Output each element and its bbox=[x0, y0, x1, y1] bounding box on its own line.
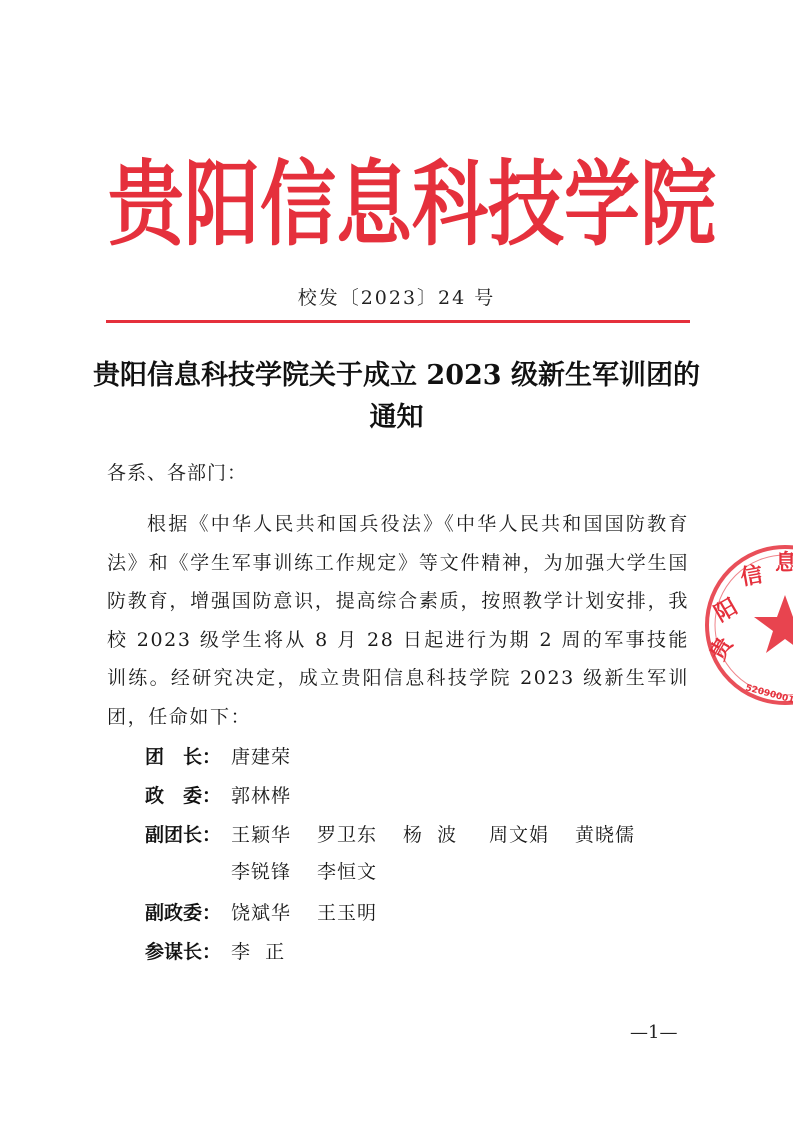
appointee-name: 李恒文 bbox=[317, 857, 381, 884]
appointment-row-deputy-commander: 副团长： 王颖华 罗卫东 杨 波 周文娟 黄晓儒 李锐锋 李恒文 bbox=[145, 820, 705, 898]
appointment-row-commander: 团 长： 唐建荣 bbox=[145, 742, 705, 781]
masthead-char: 阳 bbox=[184, 159, 260, 252]
document-title: 贵阳信息科技学院关于成立 2023 级新生军训团的 通知 bbox=[0, 355, 793, 439]
masthead-char: 息 bbox=[336, 159, 412, 252]
masthead-char: 信 bbox=[260, 159, 336, 252]
appointment-row-chief-of-staff: 参谋长： 李 正 bbox=[145, 937, 705, 976]
body-paragraph: 根据《中华人民共和国兵役法》《中华人民共和国国防教育法》和《学生军事训练工作规定… bbox=[107, 505, 689, 736]
masthead-char: 技 bbox=[488, 159, 564, 252]
document-number: 校发〔2023〕24 号 bbox=[0, 283, 793, 310]
seal-char: 贵 bbox=[705, 631, 740, 665]
role-label: 政 委： bbox=[145, 781, 231, 808]
official-seal-icon: 贵 阳 信 息 520900010 bbox=[700, 540, 793, 710]
role-names: 唐建荣 bbox=[231, 742, 671, 769]
appointment-list: 团 长： 唐建荣 政 委： 郭林桦 副团长： 王颖华 罗卫东 杨 波 周文娟 黄… bbox=[145, 742, 705, 976]
appointee-name: 唐建荣 bbox=[231, 742, 295, 769]
masthead-char: 贵 bbox=[108, 159, 184, 252]
appointee-name: 李锐锋 bbox=[231, 857, 295, 884]
masthead-char: 学 bbox=[564, 159, 640, 252]
role-label: 副政委： bbox=[145, 898, 231, 925]
role-label: 参谋长： bbox=[145, 937, 231, 964]
appointee-name: 郭林桦 bbox=[231, 781, 295, 808]
role-names: 饶斌华 王玉明 bbox=[231, 898, 671, 925]
appointee-name: 周文娟 bbox=[489, 820, 553, 847]
appointment-row-deputy-commissar: 副政委： 饶斌华 王玉明 bbox=[145, 898, 705, 937]
appointee-name: 饶斌华 bbox=[231, 898, 295, 925]
role-names: 李 正 bbox=[231, 937, 671, 964]
page-number: —1— bbox=[630, 1022, 677, 1043]
appointee-name: 黄晓儒 bbox=[575, 820, 639, 847]
seal-char: 息 bbox=[775, 550, 793, 576]
role-names: 王颖华 罗卫东 杨 波 周文娟 黄晓儒 李锐锋 李恒文 bbox=[231, 820, 671, 884]
appointee-name: 王颖华 bbox=[231, 820, 295, 847]
appointee-name: 李 正 bbox=[231, 937, 295, 964]
title-line-1: 贵阳信息科技学院关于成立 2023 级新生军训团的 bbox=[0, 355, 793, 397]
seal-char: 信 bbox=[739, 561, 765, 590]
salutation: 各系、各部门： bbox=[107, 458, 247, 485]
role-label: 团 长： bbox=[145, 742, 231, 769]
appointee-name: 王玉明 bbox=[317, 898, 381, 925]
masthead-char: 院 bbox=[640, 159, 716, 252]
appointee-name: 罗卫东 bbox=[317, 820, 381, 847]
appointee-name: 杨 波 bbox=[403, 820, 467, 847]
institution-masthead: 贵 阳 信 息 科 技 学 院 bbox=[108, 150, 688, 260]
role-names: 郭林桦 bbox=[231, 781, 671, 808]
appointment-row-commissar: 政 委： 郭林桦 bbox=[145, 781, 705, 820]
red-divider-line bbox=[106, 320, 690, 323]
masthead-char: 科 bbox=[412, 159, 488, 252]
role-label: 副团长： bbox=[145, 820, 231, 847]
title-line-2: 通知 bbox=[0, 397, 793, 439]
